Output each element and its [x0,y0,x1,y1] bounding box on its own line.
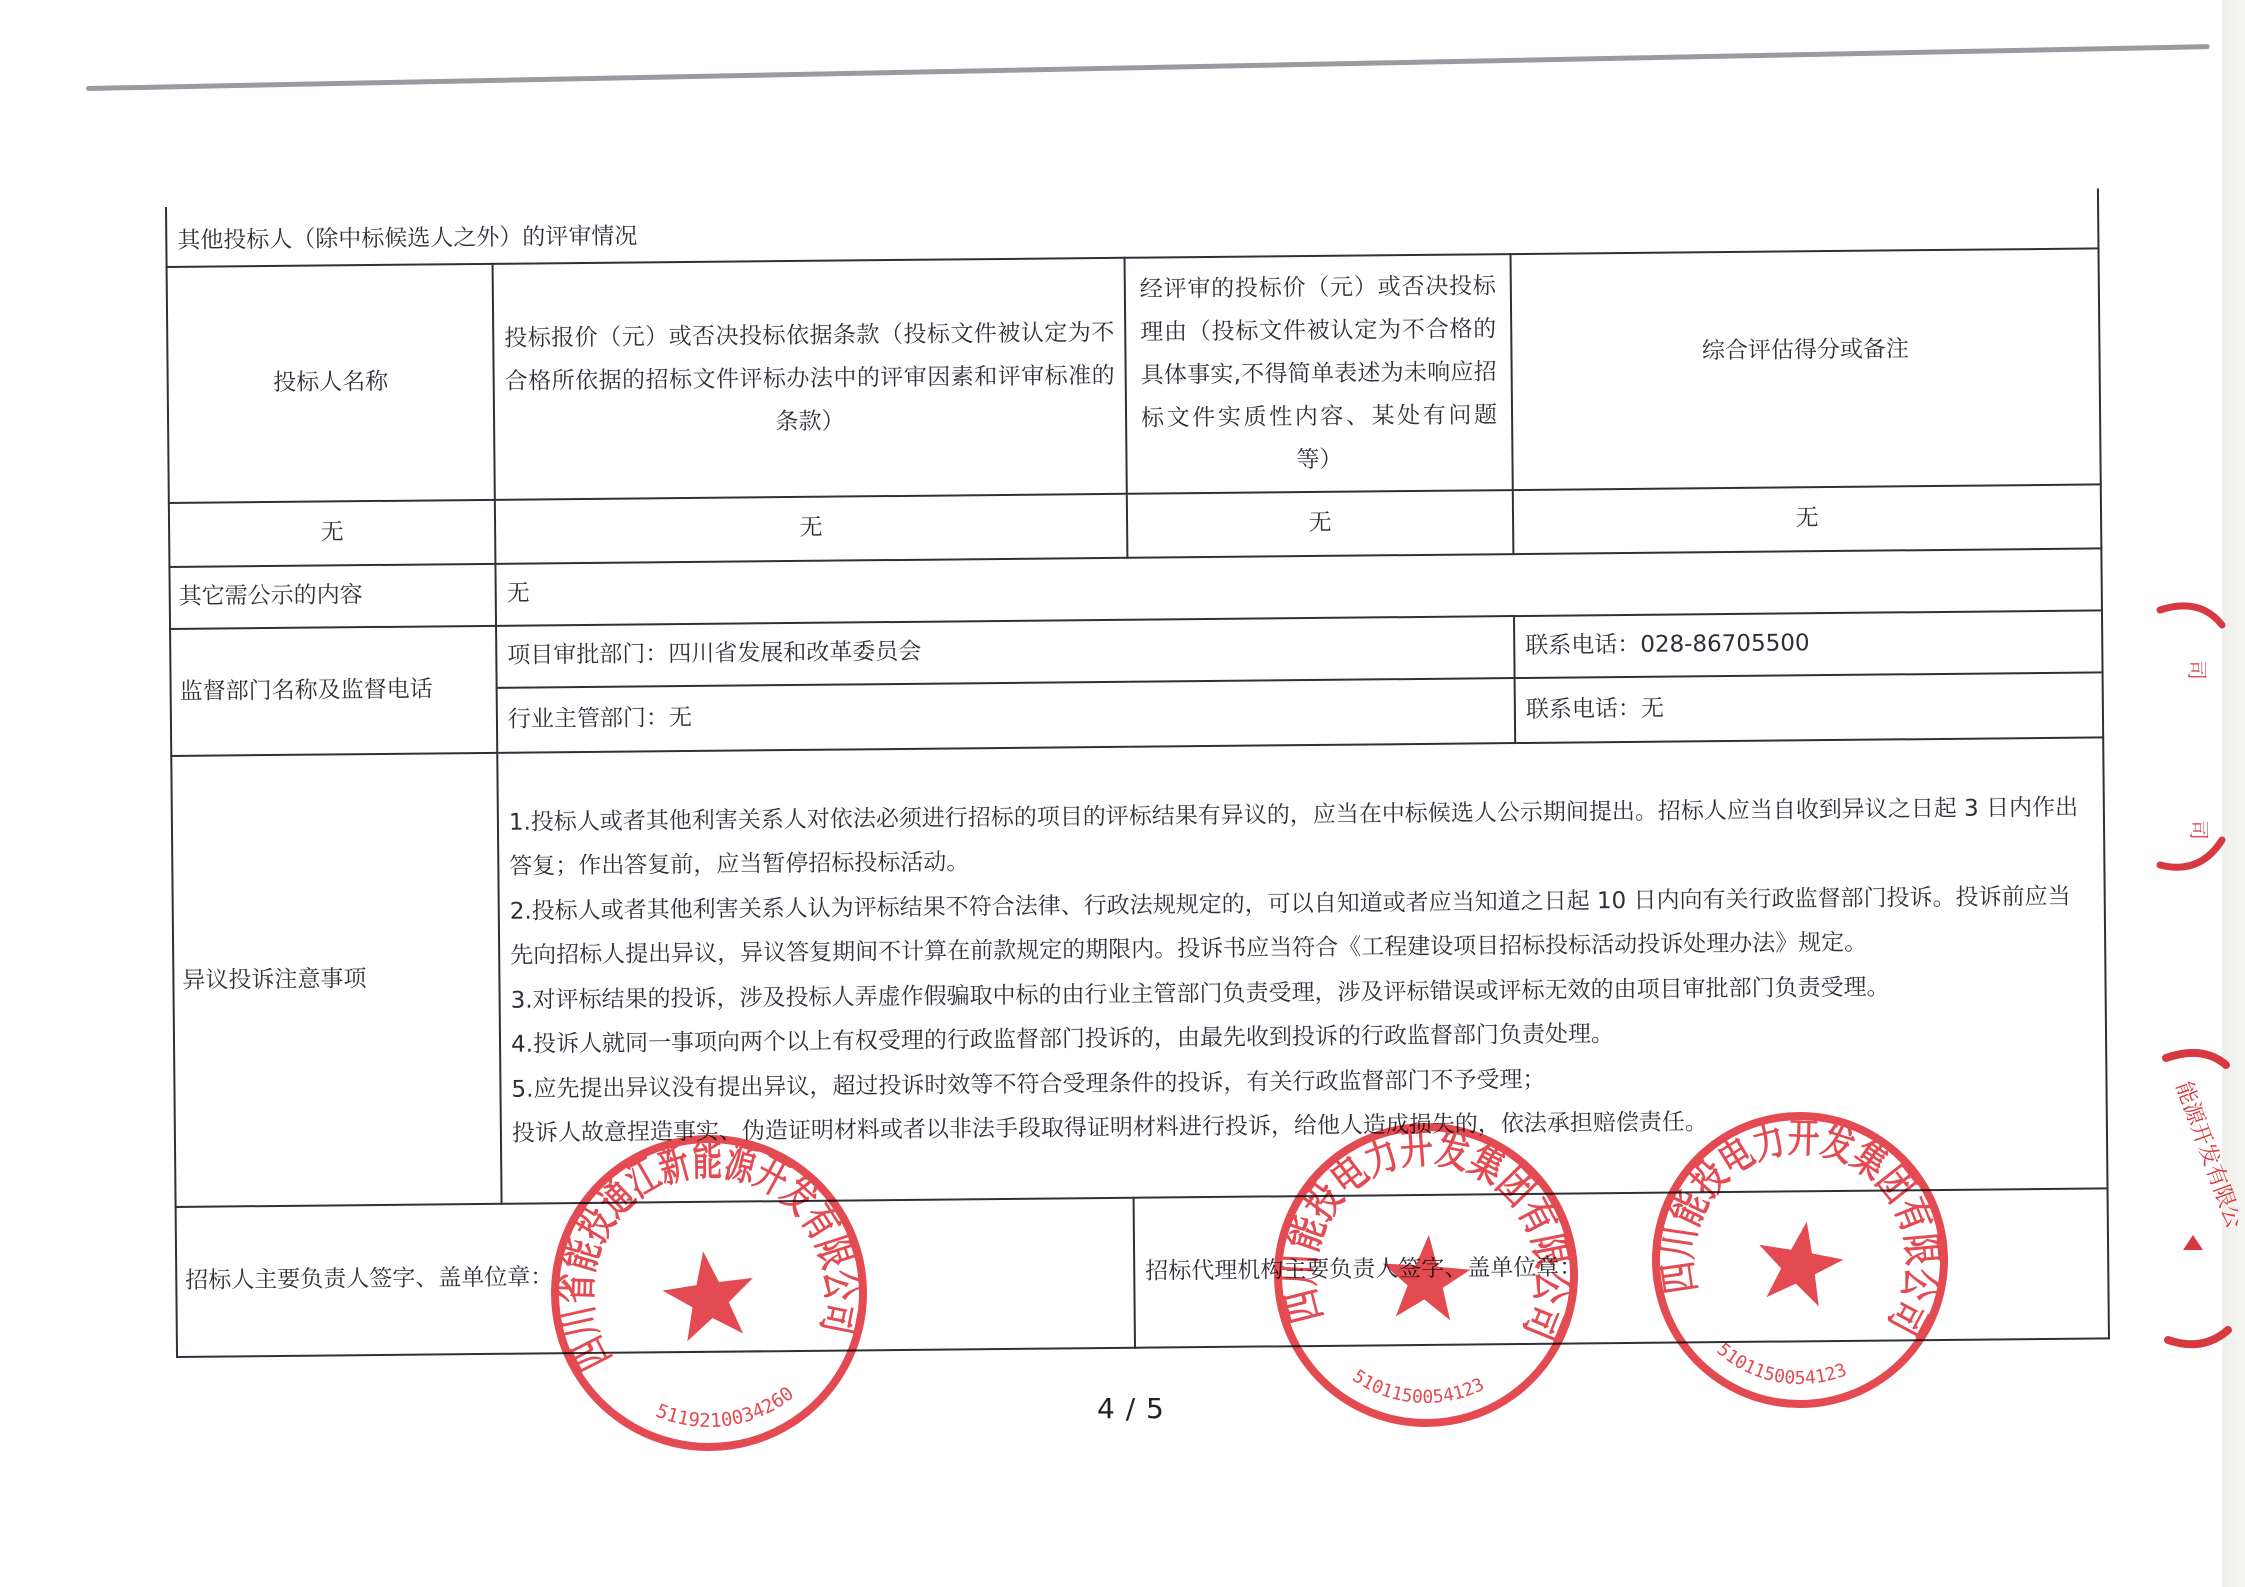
header-reviewed-price-reason-text: 经评审的投标价（元）或否决投标理由（投标文件被认定为不合格的具体事实,不得简单表… [1140,265,1498,483]
evaluation-table: 其他投标人（除中标候选人之外）的评审情况 投标人名称 投标报价（元）或否决投标依… [165,188,2110,1358]
complaint-notes-row: 异议投诉注意事项 1.投标人或者其他利害关系人对依法必须进行招标的项目的评标结果… [171,737,2107,1207]
cell-bid-price-basis: 无 [495,494,1128,564]
table-header-row: 投标人名称 投标报价（元）或否决投标依据条款（投标文件被认定为不合格所依据的招标… [167,248,2101,503]
header-bidder-name: 投标人名称 [167,264,495,503]
project-approval-dept: 项目审批部门：四川省发展和改革委员会 [496,616,1515,688]
header-bid-price-basis-text: 投标报价（元）或否决投标依据条款（投标文件被认定为不合格所依据的招标文件评标办法… [504,311,1115,446]
header-score-or-remark: 综合评估得分或备注 [1511,248,2101,490]
complaint-note-2: 2.投标人或者其他利害关系人认为评标结果不符合法律、行政法规规定的，可以自知道或… [510,874,2093,978]
supervision-label: 监督部门名称及监督电话 [170,626,497,756]
cell-reviewed-price-reason: 无 [1127,490,1514,558]
other-disclosure-label: 其它需公示的内容 [169,564,496,629]
header-bid-price-basis: 投标报价（元）或否决投标依据条款（投标文件被认定为不合格所依据的招标文件评标办法… [493,258,1127,500]
page-number: 4 / 5 [1097,1392,1165,1425]
complaint-notes-label: 异议投诉注意事项 [171,753,501,1207]
complaint-notes: 1.投标人或者其他利害关系人对依法必须进行招标的项目的评标结果有异议的，应当在中… [497,737,2107,1203]
signature-row: 招标人主要负责人签字、盖单位章： 招标代理机构主要负责人签字、盖单位章： [176,1188,2109,1357]
industry-phone: 联系电话：无 [1515,672,2104,743]
agency-signature-field: 招标代理机构主要负责人签字、盖单位章： [1134,1188,2109,1347]
complaint-note-1: 1.投标人或者其他利害关系人对依法必须进行招标的项目的评标结果有异议的，应当在中… [509,785,2092,889]
paper-edge [2222,0,2245,1587]
project-approval-phone: 联系电话：028-86705500 [1514,610,2103,678]
evaluation-form: 其他投标人（除中标候选人之外）的评审情况 投标人名称 投标报价（元）或否决投标依… [165,188,2108,1357]
industry-dept: 行业主管部门：无 [497,678,1516,753]
header-reviewed-price-reason: 经评审的投标价（元）或否决投标理由（投标文件被认定为不合格的具体事实,不得简单表… [1125,254,1513,494]
tenderer-signature-field: 招标人主要负责人签字、盖单位章： [176,1198,1135,1357]
cell-bidder-name: 无 [169,500,496,567]
cell-score-or-remark: 无 [1513,484,2102,554]
